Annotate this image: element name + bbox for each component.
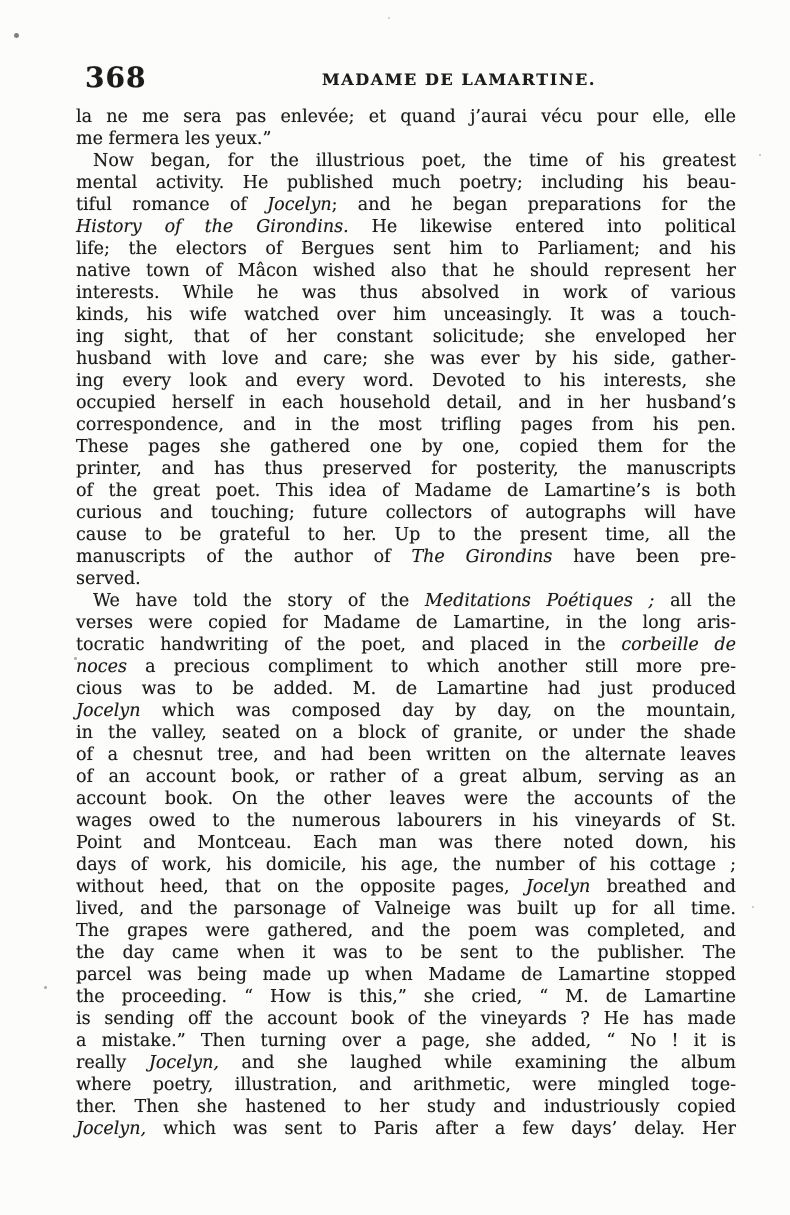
text-line: Jocelyn, which was sent to Paris after a… bbox=[76, 1118, 736, 1140]
italic-text-segment: noces bbox=[76, 657, 127, 677]
text-segment: occupied herself in each household detai… bbox=[76, 393, 736, 413]
text-line: We have told the story of the Meditation… bbox=[76, 590, 736, 612]
text-line: curious and touching; future collectors … bbox=[76, 502, 736, 524]
text-line: native town of Mâcon wished also that he… bbox=[76, 260, 736, 282]
text-segment: The grapes were gathered, and the poem w… bbox=[76, 921, 736, 941]
text-segment: cause to be grateful to her. Up to the p… bbox=[76, 525, 736, 545]
text-line: kinds, his wife watched over him unceasi… bbox=[76, 304, 736, 326]
text-segment: life; the electors of Bergues sent him t… bbox=[76, 239, 736, 259]
ink-speck bbox=[388, 17, 390, 19]
text-line: is sending off the account book of the v… bbox=[76, 1008, 736, 1030]
text-line: ther. Then she hastened to her study and… bbox=[76, 1096, 736, 1118]
text-line: me fermera les yeux.” bbox=[76, 128, 736, 150]
text-segment: which was sent to Paris after a few days… bbox=[146, 1119, 736, 1139]
text-line: of an account book, or rather of a great… bbox=[76, 766, 736, 788]
text-segment: days of work, his domicile, his age, the… bbox=[76, 855, 736, 875]
text-segment: the proceeding. “ How is this,” she crie… bbox=[76, 987, 736, 1007]
text-line: printer, and has thus preserved for post… bbox=[76, 458, 736, 480]
text-segment: where poetry, illustration, and arithmet… bbox=[76, 1075, 736, 1095]
text-line: cious was to be added. M. de Lamartine h… bbox=[76, 678, 736, 700]
text-segment: wages owed to the numerous labourers in … bbox=[76, 811, 736, 831]
text-segment: native town of Mâcon wished also that he… bbox=[76, 261, 736, 281]
italic-text-segment: The Girondins bbox=[411, 547, 552, 567]
italic-text-segment: Jocelyn, bbox=[149, 1053, 219, 1073]
text-line: tiful romance of Jocelyn; and he began p… bbox=[76, 194, 736, 216]
text-line: cause to be grateful to her. Up to the p… bbox=[76, 524, 736, 546]
text-line: noces a precious compliment to which ano… bbox=[76, 656, 736, 678]
text-segment: ; and he began preparations for the bbox=[332, 195, 736, 215]
ink-speck bbox=[759, 154, 761, 156]
text-line: mental activity. He published much poetr… bbox=[76, 172, 736, 194]
page-number: 368 bbox=[85, 63, 146, 93]
italic-text-segment: Jocelyn bbox=[526, 877, 590, 897]
ink-speck bbox=[14, 33, 19, 38]
page-header: 368 MADAME DE LAMARTINE. bbox=[76, 63, 736, 97]
text-segment: which was composed day by day, on the mo… bbox=[140, 701, 736, 721]
text-segment: without heed, that on the opposite pages… bbox=[76, 877, 526, 897]
text-line: days of work, his domicile, his age, the… bbox=[76, 854, 736, 876]
text-segment: me fermera les yeux.” bbox=[76, 129, 271, 149]
text-segment: served. bbox=[76, 569, 141, 589]
text-segment: and she laughed while examining the albu… bbox=[219, 1053, 736, 1073]
text-line: History of the Girondins. He likewise en… bbox=[76, 216, 736, 238]
text-line: parcel was being made up when Madame de … bbox=[76, 964, 736, 986]
text-line: correspondence, and in the most trifling… bbox=[76, 414, 736, 436]
text-line: tocratic handwriting of the poet, and pl… bbox=[76, 634, 736, 656]
text-line: a mistake.” Then turning over a page, sh… bbox=[76, 1030, 736, 1052]
text-line: The grapes were gathered, and the poem w… bbox=[76, 920, 736, 942]
text-segment: printer, and has thus preserved for post… bbox=[76, 459, 736, 479]
text-segment: He likewise entered into political bbox=[349, 217, 736, 237]
text-segment: a mistake.” Then turning over a page, sh… bbox=[76, 1031, 736, 1051]
text-segment: parcel was being made up when Madame de … bbox=[76, 965, 736, 985]
text-segment: la ne me sera pas enlevée; et quand j’au… bbox=[76, 107, 736, 127]
text-segment: in the valley, seated on a block of gran… bbox=[76, 723, 736, 743]
text-line: in the valley, seated on a block of gran… bbox=[76, 722, 736, 744]
text-segment: These pages she gathered one by one, cop… bbox=[76, 437, 736, 457]
text-segment: manuscripts of the author of bbox=[76, 547, 411, 567]
text-segment: mental activity. He published much poetr… bbox=[76, 173, 736, 193]
running-title: MADAME DE LAMARTINE. bbox=[322, 70, 596, 89]
text-line: really Jocelyn, and she laughed while ex… bbox=[76, 1052, 736, 1074]
text-line: ing every look and every word. Devoted t… bbox=[76, 370, 736, 392]
text-segment: We have told the story of the bbox=[93, 591, 425, 611]
text-line: manuscripts of the author of The Girondi… bbox=[76, 546, 736, 568]
text-segment: husband with love and care; she was ever… bbox=[76, 349, 736, 369]
italic-text-segment: Jocelyn bbox=[267, 195, 331, 215]
italic-text-segment: Meditations Poétiques ; bbox=[425, 591, 655, 611]
text-segment: tiful romance of bbox=[76, 195, 267, 215]
text-line: These pages she gathered one by one, cop… bbox=[76, 436, 736, 458]
text-segment: really bbox=[76, 1053, 149, 1073]
text-line: Now began, for the illustrious poet, the… bbox=[76, 150, 736, 172]
text-segment: lived, and the parsonage of Valneige was… bbox=[76, 899, 736, 919]
text-segment: curious and touching; future collectors … bbox=[76, 503, 736, 523]
text-segment: of the great poet. This idea of Madame d… bbox=[76, 481, 736, 501]
text-segment: ther. Then she hastened to her study and… bbox=[76, 1097, 736, 1117]
text-line: the day came when it was to be sent to t… bbox=[76, 942, 736, 964]
text-line: life; the electors of Bergues sent him t… bbox=[76, 238, 736, 260]
text-line: interests. While he was thus absolved in… bbox=[76, 282, 736, 304]
ink-speck bbox=[752, 906, 754, 908]
text-line: account book. On the other leaves were t… bbox=[76, 788, 736, 810]
text-segment: Point and Montceau. Each man was there n… bbox=[76, 833, 736, 853]
ink-speck bbox=[44, 986, 47, 989]
text-segment: all the bbox=[654, 591, 736, 611]
text-line: the proceeding. “ How is this,” she crie… bbox=[76, 986, 736, 1008]
text-segment: kinds, his wife watched over him unceasi… bbox=[76, 305, 736, 325]
text-line: wages owed to the numerous labourers in … bbox=[76, 810, 736, 832]
italic-text-segment: corbeille de bbox=[621, 635, 736, 655]
text-line: la ne me sera pas enlevée; et quand j’au… bbox=[76, 106, 736, 128]
text-segment: a precious compliment to which another s… bbox=[127, 657, 736, 677]
text-line: husband with love and care; she was ever… bbox=[76, 348, 736, 370]
text-line: served. bbox=[76, 568, 736, 590]
text-segment: Now began, for the illustrious poet, the… bbox=[93, 151, 736, 171]
italic-text-segment: Jocelyn bbox=[76, 701, 140, 721]
text-segment: breathed and bbox=[590, 877, 736, 897]
text-line: of the great poet. This idea of Madame d… bbox=[76, 480, 736, 502]
text-segment: tocratic handwriting of the poet, and pl… bbox=[76, 635, 621, 655]
text-line: verses were copied for Madame de Lamarti… bbox=[76, 612, 736, 634]
text-line: Jocelyn which was composed day by day, o… bbox=[76, 700, 736, 722]
text-segment: interests. While he was thus absolved in… bbox=[76, 283, 736, 303]
text-segment: correspondence, and in the most trifling… bbox=[76, 415, 736, 435]
text-segment: verses were copied for Madame de Lamarti… bbox=[76, 613, 736, 633]
book-page: 368 MADAME DE LAMARTINE. la ne me sera p… bbox=[0, 0, 790, 1215]
text-segment: is sending off the account book of the v… bbox=[76, 1009, 736, 1029]
text-line: of a chesnut tree, and had been written … bbox=[76, 744, 736, 766]
text-segment: the day came when it was to be sent to t… bbox=[76, 943, 736, 963]
text-segment: ing every look and every word. Devoted t… bbox=[76, 371, 736, 391]
text-line: Point and Montceau. Each man was there n… bbox=[76, 832, 736, 854]
text-segment: of a chesnut tree, and had been written … bbox=[76, 745, 736, 765]
text-segment: ing sight, that of her constant solicitu… bbox=[76, 327, 736, 347]
text-segment: of an account book, or rather of a great… bbox=[76, 767, 736, 787]
text-segment: have been pre- bbox=[552, 547, 736, 567]
text-line: lived, and the parsonage of Valneige was… bbox=[76, 898, 736, 920]
text-line: occupied herself in each household detai… bbox=[76, 392, 736, 414]
page-body: la ne me sera pas enlevée; et quand j’au… bbox=[76, 106, 736, 1140]
text-line: without heed, that on the opposite pages… bbox=[76, 876, 736, 898]
text-segment: account book. On the other leaves were t… bbox=[76, 789, 736, 809]
italic-text-segment: History of the Girondins. bbox=[76, 217, 349, 237]
text-segment: cious was to be added. M. de Lamartine h… bbox=[76, 679, 736, 699]
text-line: ing sight, that of her constant solicitu… bbox=[76, 326, 736, 348]
italic-text-segment: Jocelyn, bbox=[76, 1119, 146, 1139]
text-line: where poetry, illustration, and arithmet… bbox=[76, 1074, 736, 1096]
